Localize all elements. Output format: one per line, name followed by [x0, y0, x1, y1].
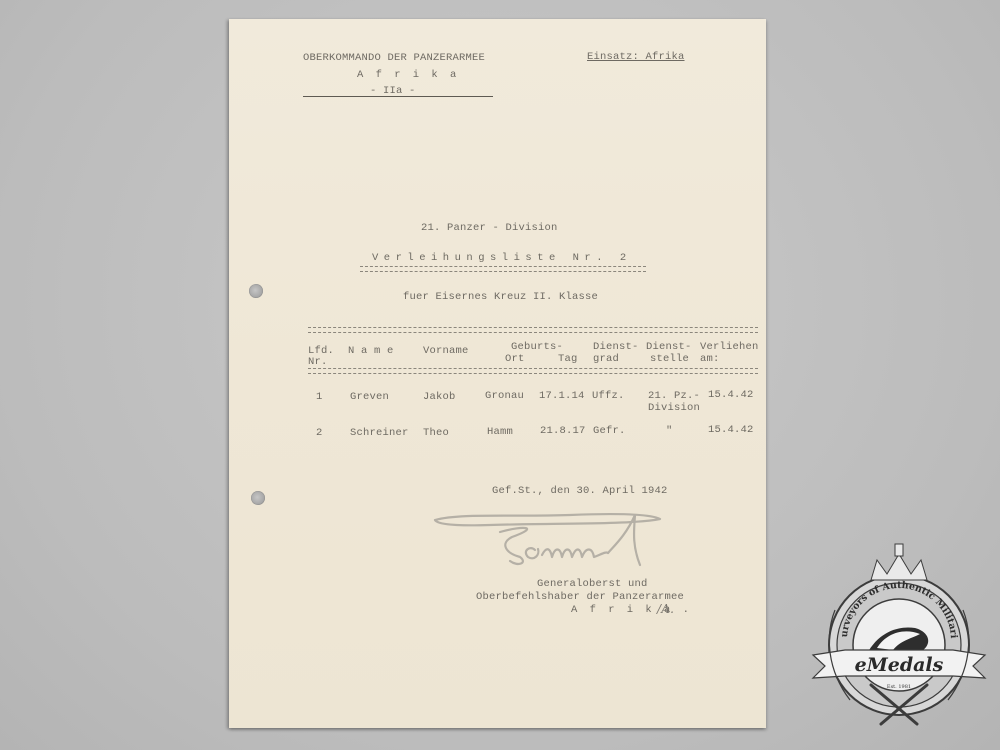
signer-line-1: Generaloberst und — [537, 578, 648, 590]
table-header-rule — [308, 368, 758, 374]
cell-awarded: 15.4.42 — [708, 389, 754, 401]
punch-hole-bottom — [251, 491, 265, 505]
cell-first-name: Theo — [423, 427, 449, 439]
emedals-watermark-logo: Purveyors of Authentic Militaria eMedals… — [805, 540, 990, 730]
header-unit-2: stelle — [650, 353, 689, 365]
place-date: Gef.St., den 30. April 1942 — [492, 485, 668, 497]
cell-no: 1 — [316, 391, 323, 403]
header-birth-day: Tag — [558, 353, 578, 365]
header-birth: Geburts- — [511, 341, 563, 353]
list-title: Verleihungsliste Nr. 2 — [372, 252, 632, 264]
header-rank-2: grad — [593, 353, 619, 365]
signer-line-2: Oberbefehlshaber der Panzerarmee — [476, 591, 684, 603]
header-unit: Dienst- — [646, 341, 692, 353]
header-awarded: Verliehen — [700, 341, 759, 353]
punch-hole-top — [249, 284, 263, 298]
watermark-brand: eMedals — [855, 654, 944, 676]
division-title: 21. Panzer - Division — [421, 222, 558, 234]
cell-birth-day: 17.1.14 — [539, 390, 585, 402]
org-line-2: A f r i k a — [357, 69, 459, 81]
cell-name: Schreiner — [350, 427, 409, 439]
org-line-1: OBERKOMMANDO DER PANZERARMEE — [303, 52, 485, 64]
header-rank: Dienst- — [593, 341, 639, 353]
header-underline — [303, 96, 493, 97]
cell-name: Greven — [350, 391, 389, 403]
cell-rank: Uffz. — [592, 390, 625, 402]
cell-rank: Gefr. — [593, 425, 626, 437]
table-top-rule — [308, 327, 758, 333]
header-name: N a m e — [348, 345, 394, 357]
header-first-name: Vorname — [423, 345, 469, 357]
cell-awarded: 15.4.42 — [708, 424, 754, 436]
header-no-2: Nr. — [308, 356, 328, 368]
cell-unit-2: Division — [648, 402, 700, 414]
title-double-rule — [360, 266, 646, 272]
signature — [430, 505, 720, 585]
award-line: fuer Eisernes Kreuz II. Klasse — [403, 291, 598, 303]
header-birth-place: Ort — [505, 353, 525, 365]
handwritten-mark: /A. — [657, 602, 674, 616]
watermark-established: Est. 1981 — [887, 684, 911, 690]
cell-no: 2 — [316, 427, 323, 439]
header-awarded-2: am: — [700, 353, 720, 365]
cell-unit: " — [666, 425, 673, 437]
deployment-label: Einsatz: Afrika — [587, 51, 685, 63]
cell-birth-place: Hamm — [487, 426, 513, 438]
cell-first-name: Jakob — [423, 391, 456, 403]
cell-birth-day: 21.8.17 — [540, 425, 586, 437]
cell-unit: 21. Pz.- — [648, 390, 700, 402]
cell-birth-place: Gronau — [485, 390, 524, 402]
